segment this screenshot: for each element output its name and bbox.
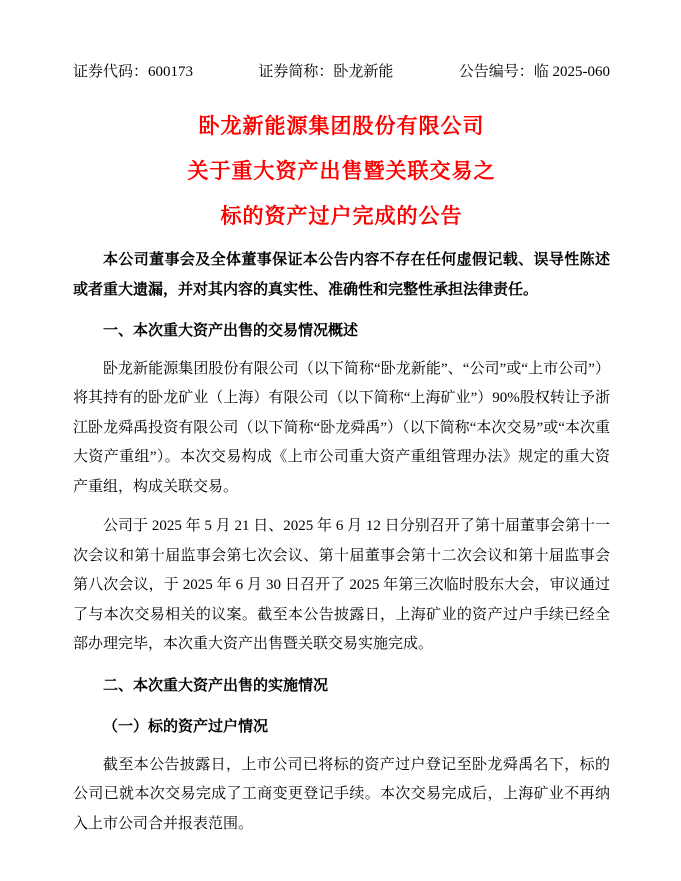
title-line-completion: 标的资产过户完成的公告 [73,194,610,239]
stock-short-name: 证券简称：卧龙新能 [258,62,393,82]
section-2-heading: 二、本次重大资产出售的实施情况 [73,672,610,702]
document-header: 证券代码：600173 证券简称：卧龙新能 公告编号：临 2025-060 [73,62,610,82]
board-disclaimer: 本公司董事会及全体董事保证本公告内容不存在任何虚假记载、误导性陈述或者重大遗漏，… [73,246,610,305]
paragraph-meetings-approval: 公司于 2025 年 5 月 21 日、2025 年 6 月 12 日分别召开了… [73,512,610,660]
title-line-subject: 关于重大资产出售暨关联交易之 [73,149,610,194]
announcement-document: 证券代码：600173 证券简称：卧龙新能 公告编号：临 2025-060 卧龙… [0,0,681,881]
stock-code: 证券代码：600173 [73,62,193,82]
section-1-heading: 一、本次重大资产出售的交易情况概述 [73,317,610,347]
announcement-number: 公告编号：临 2025-060 [459,62,610,82]
title-line-company: 卧龙新能源集团股份有限公司 [73,104,610,149]
document-title: 卧龙新能源集团股份有限公司 关于重大资产出售暨关联交易之 标的资产过户完成的公告 [73,104,610,239]
paragraph-asset-transfer-status: 截至本公告披露日，上市公司已将标的资产过户登记至卧龙舜禹名下，标的公司已就本次交… [73,751,610,840]
paragraph-transaction-overview: 卧龙新能源集团股份有限公司（以下简称“卧龙新能”、“公司”或“上市公司”）将其持… [73,355,610,503]
document-body: 本公司董事会及全体董事保证本公告内容不存在任何虚假记载、误导性陈述或者重大遗漏，… [73,246,610,839]
section-2-1-heading: （一）标的资产过户情况 [73,713,610,743]
